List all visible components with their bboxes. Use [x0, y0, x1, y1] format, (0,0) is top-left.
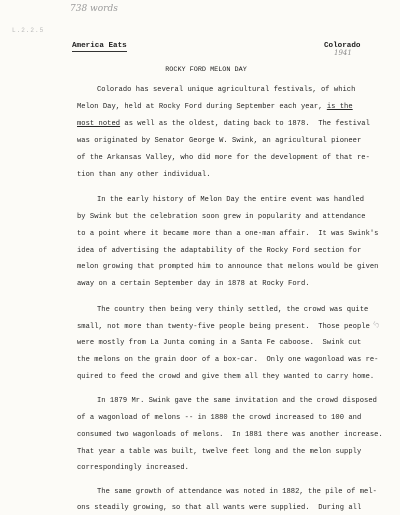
- text-line: small, not more than twenty-five people …: [77, 323, 370, 331]
- text-line: In the early history of Melon Day the en…: [97, 196, 364, 204]
- document-title: ROCKY FORD MELON DAY: [0, 66, 400, 74]
- header-series-title: America Eats: [72, 42, 127, 52]
- document-page: 738 words L.2.2.5 America Eats Colorado …: [0, 0, 400, 515]
- text-line: quired to feed the crowd and give them a…: [77, 373, 374, 381]
- text-line: was originated by Senator George W. Swin…: [77, 137, 361, 145]
- underlined-text: is the: [327, 103, 353, 111]
- underlined-text: most noted: [77, 120, 120, 128]
- text-line: away on a certain September day in 1878 …: [77, 280, 310, 288]
- margin-pencil-mark: 5: [371, 320, 381, 329]
- text-line: to a point where it became more than a o…: [77, 230, 379, 238]
- pencil-word-count: 738 words: [70, 4, 118, 14]
- text-line: That year a table was built, twelve feet…: [77, 448, 361, 456]
- text-line: Melon Day, held at Rocky Ford during Sep…: [77, 103, 353, 111]
- text-line: of the Arkansas Valley, who did more for…: [77, 154, 370, 162]
- text-line: In 1879 Mr. Swink gave the same invitati…: [97, 397, 377, 405]
- text-line: were mostly from La Junta coming in a Sa…: [77, 339, 361, 347]
- handwritten-year: 1941: [334, 49, 352, 57]
- text-line: most noted as well as the oldest, dating…: [77, 120, 370, 128]
- text-segment: as well as the oldest, dating back to 18…: [120, 120, 370, 128]
- text-line: the melons on the grain door of a box-ca…: [77, 356, 379, 364]
- text-segment: Melon Day, held at Rocky Ford during Sep…: [77, 103, 327, 111]
- text-line: The same growth of attendance was noted …: [97, 488, 377, 496]
- text-line: consumed two wagonloads of melons. In 18…: [77, 431, 383, 439]
- text-line: ons steadily growing, so that all wants …: [77, 504, 361, 512]
- text-line: of a wagonload of melons -- in 1880 the …: [77, 414, 361, 422]
- text-line: by Swink but the celebration soon grew i…: [77, 213, 366, 221]
- text-line: Colorado has several unique agricultural…: [97, 86, 355, 94]
- archive-stamp: L.2.2.5: [12, 27, 44, 34]
- text-line: The country then being very thinly settl…: [97, 306, 368, 314]
- text-line: correspondingly increased.: [77, 464, 189, 472]
- text-line: melon growing that prompted him to annou…: [77, 263, 379, 271]
- text-line: idea of advertising the adaptability of …: [77, 247, 361, 255]
- text-line: tion than any other individual.: [77, 171, 211, 179]
